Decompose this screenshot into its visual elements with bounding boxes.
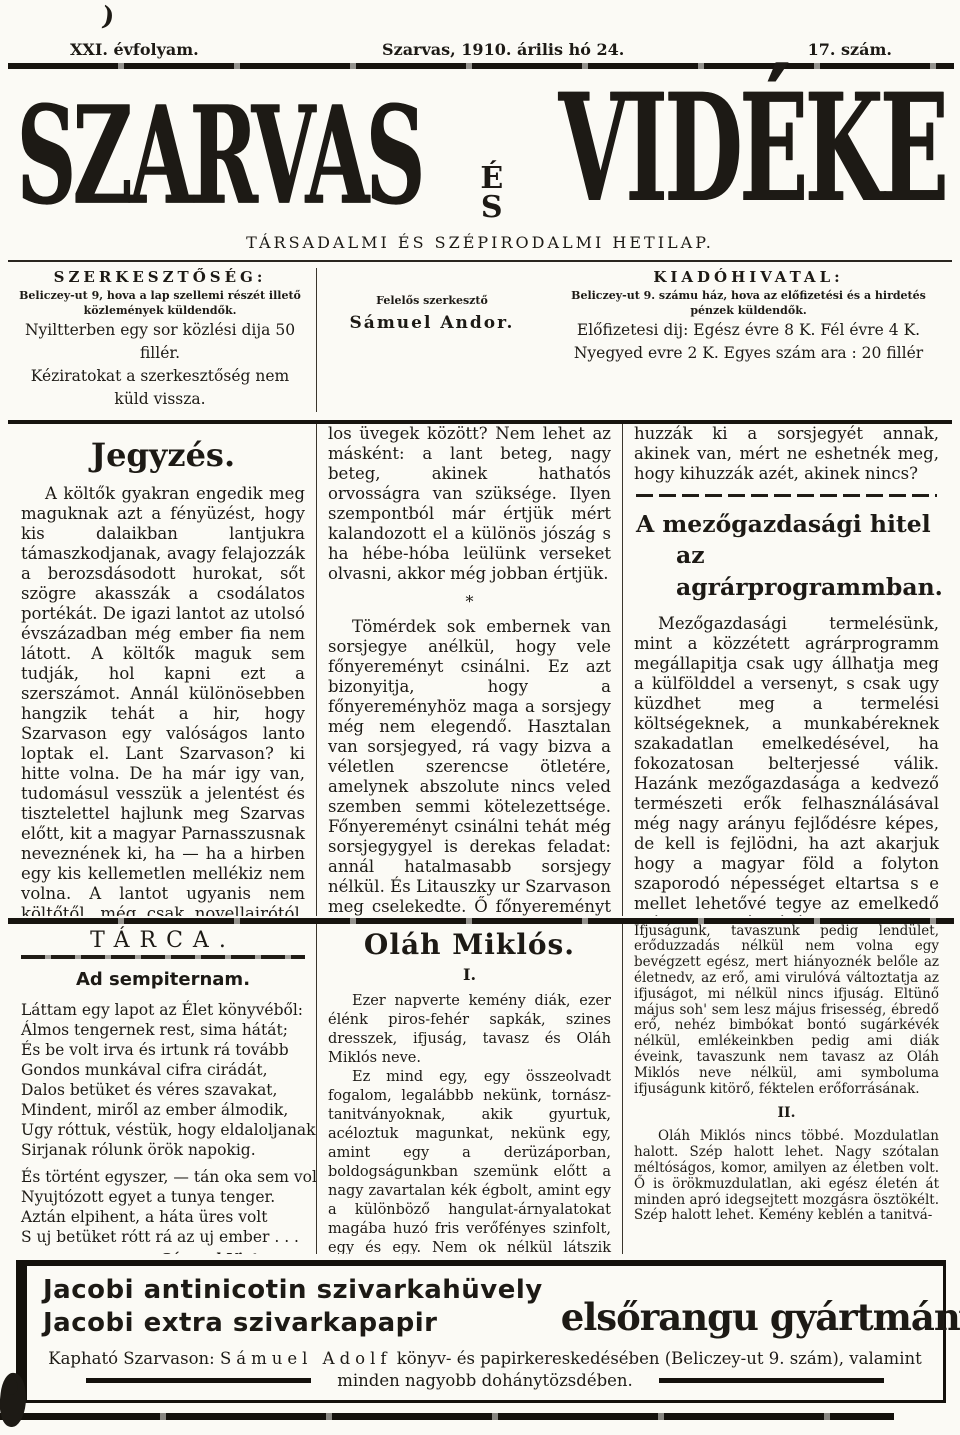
olah-section-1: I. <box>328 965 611 984</box>
poem: Láttam egy lapot az Élet könyvéből: Álmo… <box>21 1000 305 1247</box>
column-3: huzzák ki a sorsjegyét annak, akinek van… <box>622 424 950 916</box>
column-2: los üvegek között? Nem lehet az másként:… <box>316 424 622 916</box>
masthead-subtitle: TÁRSADALMI ÉS SZÉPIRODALMI HETILAP. <box>0 233 960 252</box>
article-title-jegyzes: Jegyzés. <box>21 436 305 474</box>
ad-availability-suffix: könyv- és papirkereskedésében (Beliczey-… <box>397 1349 922 1368</box>
ad-availability-line2: minden nagyobb dohánytözsdében. <box>43 1371 927 1390</box>
poem-line: Láttam egy lapot az Élet könyvéből: <box>21 1000 305 1020</box>
masthead-word-szarvas: SZARVAS <box>17 88 422 223</box>
info-bar: SZERKESZTŐSÉG: Beliczey-ut 9, hova a lap… <box>10 262 950 420</box>
ad-decorative-bar-left <box>86 1378 311 1383</box>
olah-section-2: II. <box>634 1105 939 1121</box>
tarca-section: TÁRCA. Ad sempiternam. Láttam egy lapot … <box>10 924 950 1254</box>
editor-name: Sámuel Andor. <box>317 313 547 333</box>
paragraph-separator: * <box>328 592 611 611</box>
agrar-title-line2: az agrárprogrammban. <box>634 540 939 603</box>
poem-stanza2: És történt egyszer, — tán oka sem volt r… <box>21 1167 305 1247</box>
editor-block: Felelős szerkesztő Sámuel Andor. <box>317 268 547 412</box>
date-label: Szarvas, 1910. árilis hó 24. <box>382 40 624 59</box>
jegyzes-paragraph-col1: A költők gyakran engedik meg maguknak az… <box>21 484 305 916</box>
ad-availability-line: Kapható Szarvason: Sámuel Adolf könyv- é… <box>43 1349 927 1368</box>
advertisement-box: Jacobi antinicotin szivarkahüvely Jacobi… <box>16 1260 946 1404</box>
jegyzes-paragraph-col2a: los üvegek között? Nem lehet az másként:… <box>328 424 611 584</box>
advertisement-main: Jacobi antinicotin szivarkahüvely Jacobi… <box>43 1274 927 1342</box>
tarca-title: TÁRCA. <box>21 928 305 953</box>
ad-slogan: elsőrangu gyártmányok. <box>561 1295 960 1341</box>
poem-line: Dalos betüket és véres szavakat, <box>21 1080 305 1100</box>
editorial-office-title: SZERKESZTŐSÉG: <box>14 268 306 286</box>
ad-product-line1: Jacobi antinicotin szivarkahüvely <box>43 1274 543 1308</box>
subscription-price-line2: Nyegyed evre 2 K. Egyes szám ara : 20 fi… <box>553 342 944 365</box>
editorial-office-block: SZERKESZTŐSÉG: Beliczey-ut 9, hova a lap… <box>10 268 317 412</box>
column-1: Jegyzés. A költők gyakran engedik meg ma… <box>10 424 316 916</box>
editorial-office-line2: Kéziratokat a szerkesztőség nem küld vis… <box>14 365 306 412</box>
olah-column-2: Ifjuságunk, tavaszunk pedig lendület, er… <box>622 924 950 1254</box>
agrar-title-line1: A mezőgazdasági hitel <box>634 509 939 541</box>
poem-line: És be volt irva és irtunk rá tovább <box>21 1040 305 1060</box>
issue-meta-row: XXI. évfolyam. Szarvas, 1910. árilis hó … <box>0 0 960 61</box>
poem-title: Ad sempiternam. <box>21 969 305 990</box>
publisher-office-block: KIADÓHIVATAL: Beliczey-ut 9. számu ház, … <box>547 268 950 412</box>
olah-paragraph-2: Ez mind egy, egy összeolvadt fogalom, le… <box>328 1068 611 1254</box>
scan-smudge-small <box>4 1379 18 1395</box>
poem-line: Mindent, miről az ember álmodik, <box>21 1100 305 1120</box>
editor-label: Felelős szerkesztő <box>317 294 547 307</box>
agrar-paragraph: Mezőgazdasági termelésünk, mint a közzét… <box>634 614 939 916</box>
bottom-rule <box>0 1413 894 1420</box>
olah-paragraph-1: Ezer napverte kemény diák, ezer élénk pi… <box>328 992 611 1068</box>
poem-line: Gondos munkával cifra cirádát, <box>21 1060 305 1080</box>
poem-line: Álmos tengernek rest, sima hátát; <box>21 1020 305 1040</box>
poem-line: Nyujtózott egyet a tunya tenger. <box>21 1187 305 1207</box>
masthead-word-es: ÉS <box>476 161 506 223</box>
ad-seller-name: Sámuel Adolf <box>220 1349 392 1368</box>
jegyzes-paragraph-col3: huzzák ki a sorsjegyét annak, akinek van… <box>634 424 939 484</box>
editorial-office-address: Beliczey-ut 9, hova a lap szellemi részé… <box>14 289 306 319</box>
volume-label: XXI. évfolyam. <box>70 40 199 59</box>
publisher-office-title: KIADÓHIVATAL: <box>553 268 944 286</box>
tarca-column: TÁRCA. Ad sempiternam. Láttam egy lapot … <box>10 924 316 1254</box>
tarca-title-rule <box>21 955 305 959</box>
poem-line: S uj betüket rótt rá az uj ember . . . <box>21 1227 305 1247</box>
ad-product-line2: Jacobi extra szivarkapapir <box>43 1307 543 1341</box>
article-title-olah: Oláh Miklós. <box>328 928 611 961</box>
poem-author-signature: Sámuel Victor. <box>21 1251 305 1254</box>
main-section: Jegyzés. A költők gyakran engedik meg ma… <box>10 424 950 916</box>
subscription-price-line1: Előfizetesi dij: Egész évre 8 K. Fél évr… <box>553 319 944 342</box>
editorial-office-line1: Nyiltterben egy sor közlési dija 50 fill… <box>14 319 306 366</box>
olah-paragraph-4: Oláh Miklós nincs többé. Mozdulatlan hal… <box>634 1129 939 1224</box>
jegyzes-paragraph-col2b: Tömérdek sok embernek van sorsjegye anél… <box>328 617 611 916</box>
masthead: SZARVAS ÉS VIDÉKE <box>0 69 960 223</box>
ad-product-lines: Jacobi antinicotin szivarkahüvely Jacobi… <box>43 1274 543 1342</box>
ad-availability-line2-text: minden nagyobb dohánytözsdében. <box>337 1371 633 1390</box>
poem-line: Sirjanak rólunk örök napokig. <box>21 1140 305 1160</box>
poem-line: Ugy róttuk, véstük, hogy eldaloljanak, <box>21 1120 305 1140</box>
masthead-word-videke: VIDÉKE <box>559 75 946 224</box>
newspaper-page: ) XXI. évfolyam. Szarvas, 1910. árilis h… <box>0 0 960 1435</box>
poem-line: És történt egyszer, — tán oka sem volt r… <box>21 1167 305 1187</box>
article-divider-rule <box>636 494 937 497</box>
publisher-office-address: Beliczey-ut 9. számu ház, hova az előfiz… <box>553 289 944 319</box>
ad-decorative-bar-right <box>659 1378 884 1383</box>
ad-availability-prefix: Kapható Szarvason: <box>48 1349 214 1368</box>
issue-number-label: 17. szám. <box>808 40 892 59</box>
article-title-agrar: A mezőgazdasági hitel az agrárprogrammba… <box>634 509 939 604</box>
olah-column-1: Oláh Miklós. I. Ezer napverte kemény diá… <box>316 924 622 1254</box>
poem-line: Aztán elpihent, a háta üres volt <box>21 1207 305 1227</box>
olah-paragraph-3: Ifjuságunk, tavaszunk pedig lendület, er… <box>634 924 939 1098</box>
